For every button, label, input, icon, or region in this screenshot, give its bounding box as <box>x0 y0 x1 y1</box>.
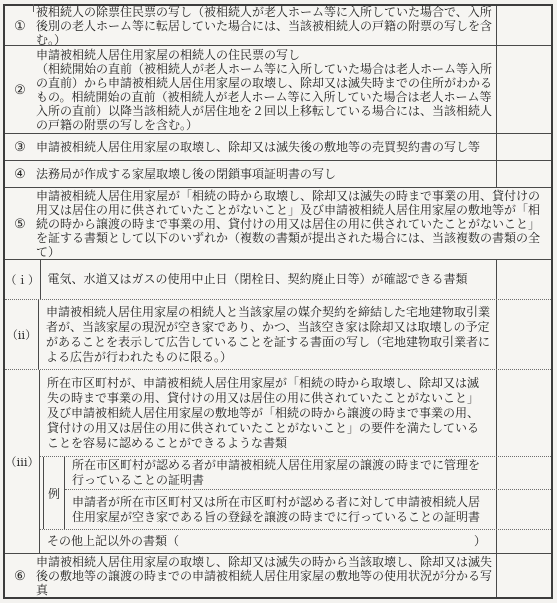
row-ii-text: 申請被相続人居住用家屋の相続人と当該家屋の媒介契約を締結した宅地建物取引業者が、… <box>46 305 490 365</box>
row-i-label: （ｉ） <box>5 260 41 299</box>
row-3-content: 申請被相続人居住用家屋の取壊し、除却又は滅失後の敷地等の売買契約書の写し等 <box>35 134 496 160</box>
table-row-2: ② 申請被相続人居住用家屋の相続人の住民票の写し （相続開始の直前（被相続人が老… <box>5 46 551 134</box>
other-documents-close-paren: ） <box>474 534 486 549</box>
row-iii-example-block: 例 所在市区町村が認める者が申請被相続人居住用家屋の譲渡の時までに管理を行ってい… <box>40 457 551 530</box>
example-row-1: 所在市区町村が認める者が申請被相続人居住用家屋の譲渡の時までに管理を行っているこ… <box>65 457 551 490</box>
scanned-document-page: { "form": { "rows": [ { "label": "①", "t… <box>0 0 557 603</box>
row-2-content: 申請被相続人居住用家屋の相続人の住民票の写し （相続開始の直前（被相続人が老人ホ… <box>35 46 496 133</box>
row-i-text: 電気、水道又はガスの使用中止日（閉栓日、契約廃止日等）が確認できる書類 <box>48 272 468 287</box>
row-iii-text: 所在市区町村が、申請被相続人居住用家屋が「相続の時から取壊し、除却又は滅失の時ま… <box>47 376 489 451</box>
table-row-1: ① 被相続人の除票住民票の写し（被相続人が老人ホーム等に入所していた場合で、入所… <box>5 6 551 46</box>
row-5-content: 申請被相続人居住用家屋が「相続の時から取壊し、除却又は滅失の時まで事業の用、貸付… <box>35 188 551 259</box>
row-4-check-cell <box>496 161 551 187</box>
table-row-i: （ｉ） 電気、水道又はガスの使用中止日（閉栓日、契約廃止日等）が確認できる書類 <box>5 260 551 300</box>
example-row-2-check-cell <box>496 490 551 529</box>
scan-artifact-tick <box>33 4 34 12</box>
row-4-content: 法務局が作成する家屋取壊し後の閉鎖事項証明書の写し <box>35 161 496 187</box>
row-i-content: 電気、水道又はガスの使用中止日（閉栓日、契約廃止日等）が確認できる書類 <box>41 260 497 299</box>
row-iii-check-cell <box>496 370 551 456</box>
table-row-iii: （ⅲ） 所在市区町村が、申請被相続人居住用家屋が「相続の時から取壊し、除却又は滅… <box>5 370 551 554</box>
other-documents-check-cell <box>496 530 551 553</box>
row-ii-content: 申請被相続人居住用家屋の相続人と当該家屋の媒介契約を締結した宅地建物取引業者が、… <box>39 300 496 369</box>
document-checklist-table: ① 被相続人の除票住民票の写し（被相続人が老人ホーム等に入所していた場合で、入所… <box>3 4 553 599</box>
other-documents-content: その他上記以外の書類（ ） <box>40 530 496 553</box>
row-1-check-cell <box>496 6 551 45</box>
row-1-text: 被相続人の除票住民票の写し（被相続人が老人ホーム等に入所していた場合で、入所後別… <box>36 6 494 45</box>
row-1-number: ① <box>5 6 35 45</box>
other-documents-row: その他上記以外の書類（ ） <box>40 530 551 553</box>
row-6-text: 申請被相続人居住用家屋の取壊し、除却又は滅失の時から当該取壊し、除却又は滅失後の… <box>36 555 494 597</box>
table-row-5: ⑤ 申請被相続人居住用家屋が「相続の時から取壊し、除却又は滅失の時まで事業の用、… <box>5 188 551 260</box>
row-2-text: 申請被相続人居住用家屋の相続人の住民票の写し （相続開始の直前（被相続人が老人ホ… <box>36 48 494 132</box>
row-6-check-cell <box>496 554 551 597</box>
row-1-content: 被相続人の除票住民票の写し（被相続人が老人ホーム等に入所していた場合で、入所後別… <box>35 6 496 45</box>
row-2-check-cell <box>496 46 551 133</box>
row-4-text: 法務局が作成する家屋取壊し後の閉鎖事項証明書の写し <box>36 167 336 181</box>
row-3-check-cell <box>496 134 551 160</box>
row-iii-main-content: 所在市区町村が、申請被相続人居住用家屋が「相続の時から取壊し、除却又は滅失の時ま… <box>40 370 496 456</box>
table-row-4: ④ 法務局が作成する家屋取壊し後の閉鎖事項証明書の写し <box>5 161 551 188</box>
row-3-text: 申請被相続人居住用家屋の取壊し、除却又は滅失後の敷地等の売買契約書の写し等 <box>36 140 480 154</box>
example-rows: 所在市区町村が認める者が申請被相続人居住用家屋の譲渡の時までに管理を行っているこ… <box>65 457 551 529</box>
row-iii-body: 所在市区町村が、申請被相続人居住用家屋が「相続の時から取壊し、除却又は滅失の時ま… <box>40 370 551 553</box>
example-row-2: 申請者が所在市区町村又は所在市区町村が認める者に対して申請被相続人居住用家屋が空… <box>65 490 551 529</box>
row-ii-check-cell <box>496 300 551 369</box>
example-column-label: 例 <box>43 457 65 529</box>
other-documents-text: その他上記以外の書類（ <box>47 534 179 549</box>
row-6-number: ⑥ <box>5 554 35 597</box>
example-row-1-content: 所在市区町村が認める者が申請被相続人居住用家屋の譲渡の時までに管理を行っているこ… <box>65 457 496 489</box>
example-row-1-check-cell <box>496 457 551 489</box>
row-iii-main: 所在市区町村が、申請被相続人居住用家屋が「相続の時から取壊し、除却又は滅失の時ま… <box>40 370 551 457</box>
row-5-number: ⑤ <box>5 188 35 259</box>
row-iii-label: （ⅲ） <box>5 370 40 553</box>
row-6-content: 申請被相続人居住用家屋の取壊し、除却又は滅失の時から当該取壊し、除却又は滅失後の… <box>35 554 496 597</box>
row-2-number: ② <box>5 46 35 133</box>
row-ii-label: （ⅱ） <box>5 300 39 369</box>
table-row-3: ③ 申請被相続人居住用家屋の取壊し、除却又は滅失後の敷地等の売買契約書の写し等 <box>5 134 551 161</box>
row-5-text: 申請被相続人居住用家屋が「相続の時から取壊し、除却又は滅失の時まで事業の用、貸付… <box>36 189 545 259</box>
example-row-2-text: 申請者が所在市区町村又は所在市区町村が認める者に対して申請被相続人居住用家屋が空… <box>72 495 489 525</box>
example-row-1-text: 所在市区町村が認める者が申請被相続人居住用家屋の譲渡の時までに管理を行っているこ… <box>72 458 489 488</box>
table-row-ii: （ⅱ） 申請被相続人居住用家屋の相続人と当該家屋の媒介契約を締結した宅地建物取引… <box>5 300 551 370</box>
row-i-check-cell <box>496 260 551 299</box>
example-row-2-content: 申請者が所在市区町村又は所在市区町村が認める者に対して申請被相続人居住用家屋が空… <box>65 490 496 529</box>
row-4-number: ④ <box>5 161 35 187</box>
row-3-number: ③ <box>5 134 35 160</box>
table-row-6: ⑥ 申請被相続人居住用家屋の取壊し、除却又は滅失の時から当該取壊し、除却又は滅失… <box>5 554 551 597</box>
